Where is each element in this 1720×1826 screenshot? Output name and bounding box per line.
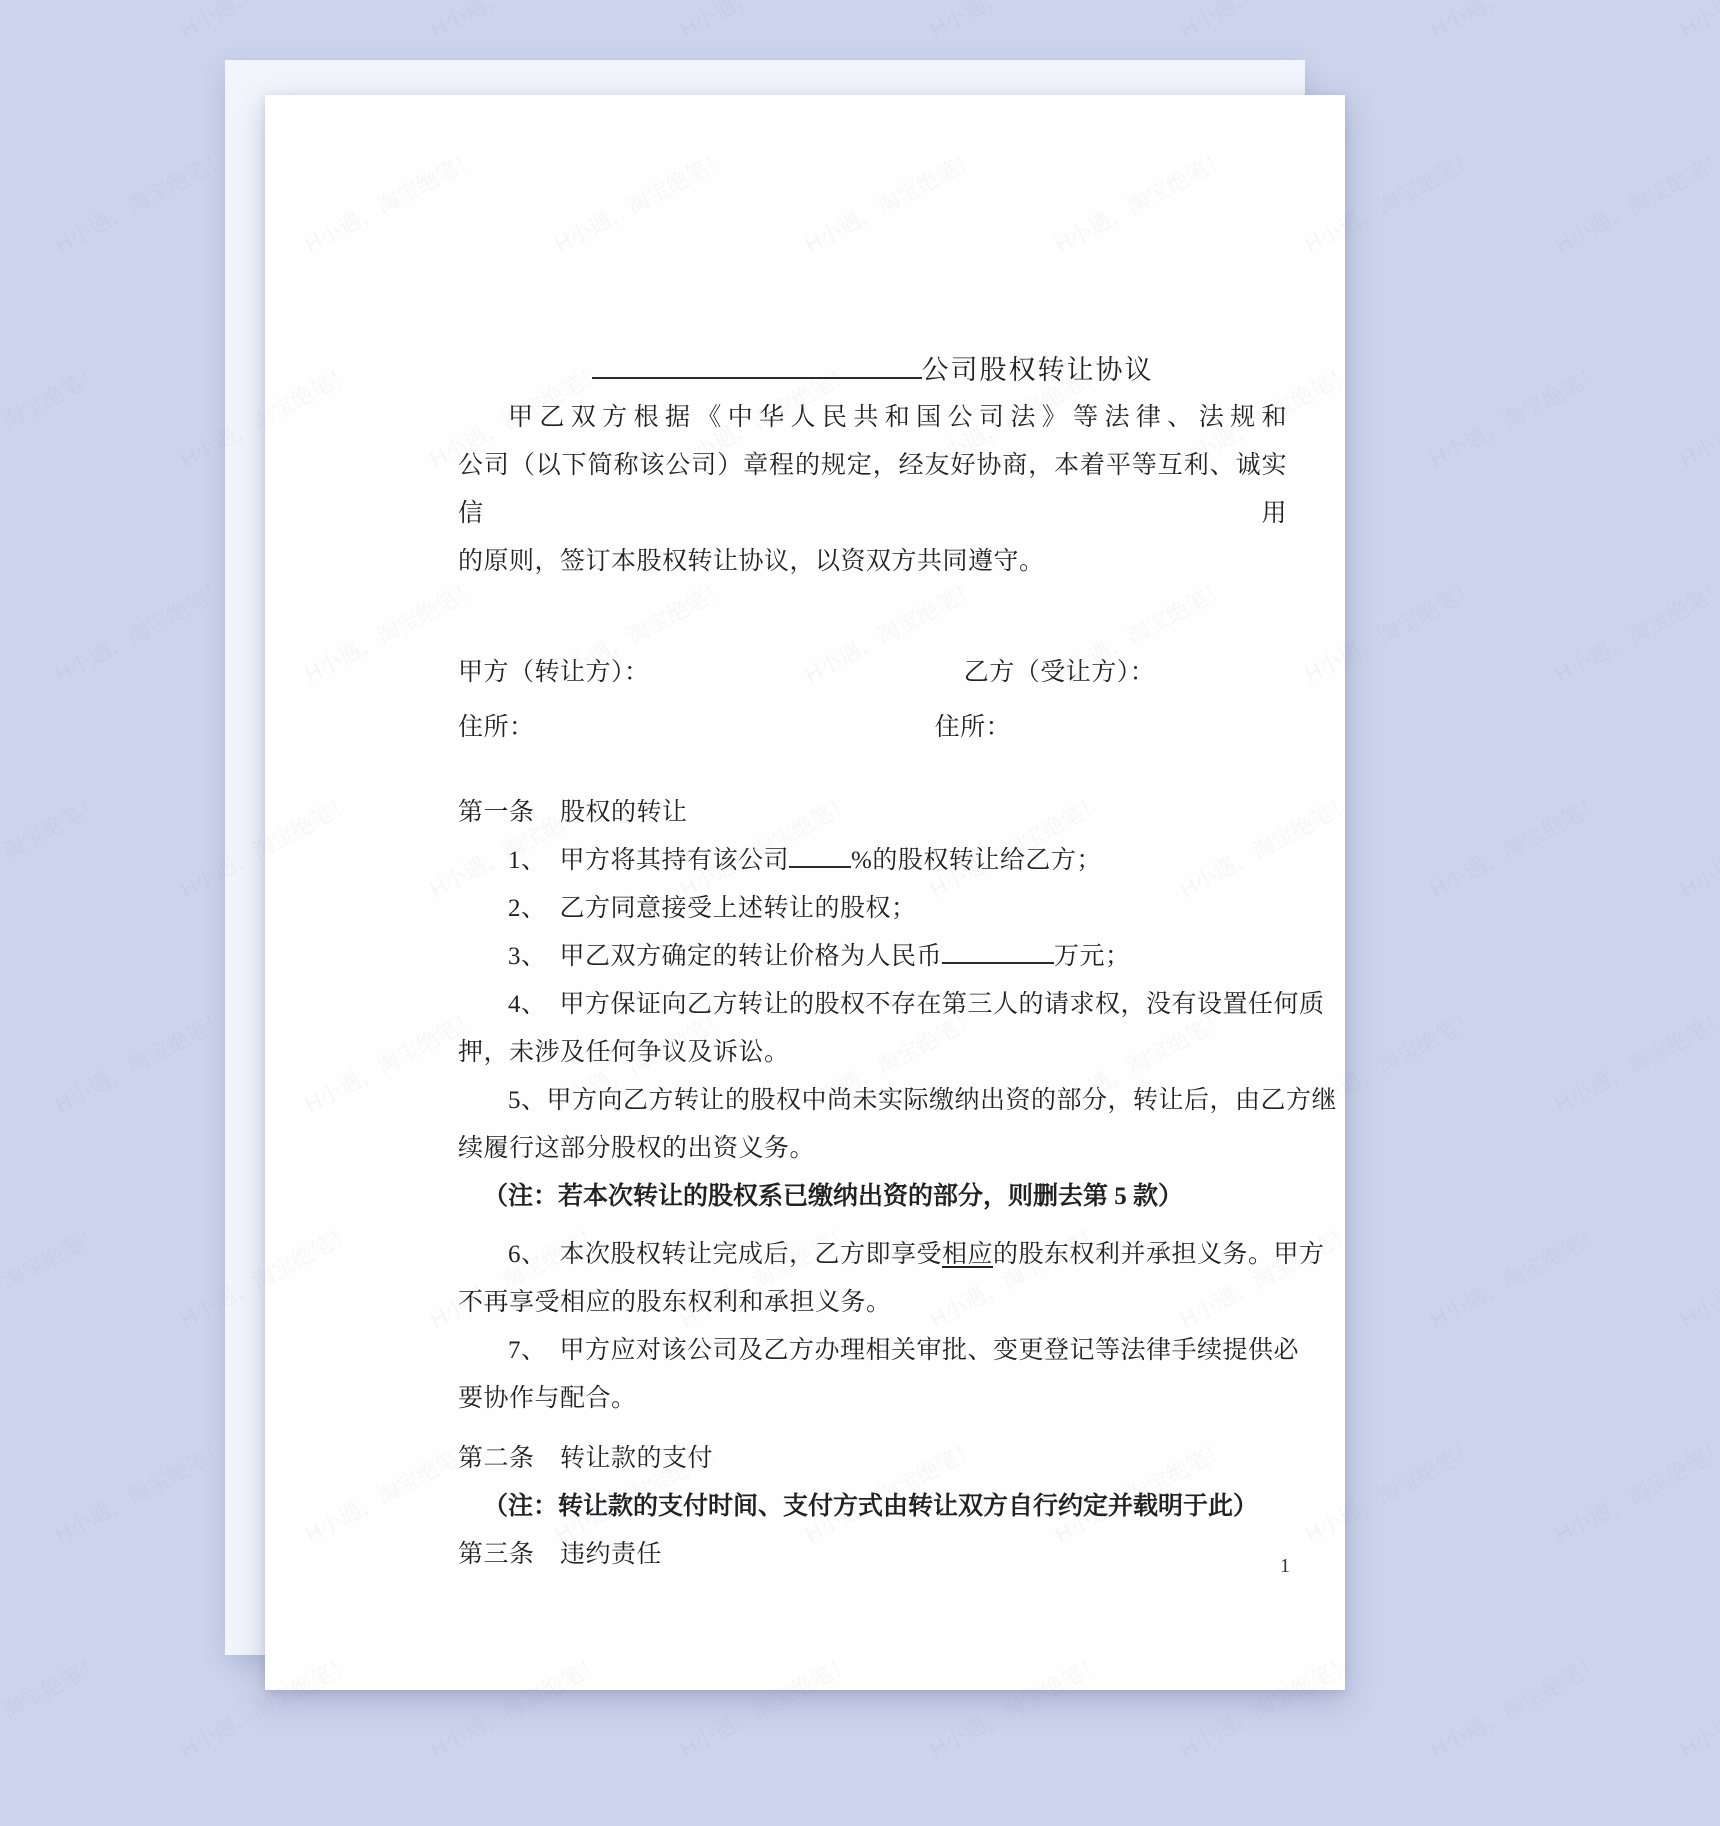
watermark-text: H小遇，淘宝绝笔！ [1549, 1002, 1720, 1119]
parties-row: 甲方（转让方）： 乙方（受让方）： [458, 649, 1287, 697]
section3-heading: 第三条 违约责任 [458, 1531, 1287, 1579]
watermark-text: H小遇，淘宝绝笔！ [1174, 0, 1358, 44]
section1-item6-line2: 不再享受相应的股东权利和承担义务。 [458, 1279, 1287, 1327]
watermark-text: H小遇，淘宝绝笔！ [49, 572, 233, 689]
party-a-label: 甲方（转让方）： [458, 659, 650, 686]
watermark-text: H小遇，淘宝绝笔！ [49, 1002, 233, 1119]
watermark-text: H小遇，淘宝绝笔！ [1549, 142, 1720, 259]
address-row: 住所： 住所： [458, 704, 1287, 752]
watermark-text: H小遇，淘宝绝笔！ [1424, 1647, 1608, 1764]
watermark-text: H小遇，淘宝绝笔！ [1674, 787, 1720, 904]
item6-underlined-word: 相应 [942, 1241, 993, 1268]
watermark-text: H小遇，淘宝绝笔！ [174, 0, 358, 44]
item3-text-pre: 3、 甲乙双方确定的转让价格为人民币 [508, 943, 942, 970]
section1-item4-line1: 4、 甲方保证向乙方转让的股权不存在第三人的请求权，没有设置任何质 [458, 981, 1287, 1029]
watermark-text: H小遇，淘宝绝笔！ [424, 0, 608, 44]
section1-heading: 第一条 股权的转让 [458, 789, 1287, 837]
doc-title-line: 公司股权转让协议 [458, 346, 1287, 394]
watermark-text: H小遇，淘宝绝笔！ [0, 1217, 108, 1334]
address-b-label: 住所： [935, 704, 1012, 752]
item6-text-pre: 6、 本次股权转让完成后，乙方即享受 [508, 1241, 942, 1268]
party-b-label: 乙方（受让方）： [964, 649, 1156, 697]
item6-text-post: 的股东权利并承担义务。甲方 [993, 1241, 1325, 1268]
item1-text-pre: 1、 甲方将其持有该公司 [508, 847, 789, 874]
section1-note: （注：若本次转让的股权系已缴纳出资的部分，则删去第 5 款） [458, 1173, 1287, 1221]
item1-blank-underline [789, 841, 851, 868]
section1-item1: 1、 甲方将其持有该公司%的股权转让给乙方； [458, 837, 1287, 885]
item3-text-post: 万元； [1054, 943, 1131, 970]
section1-item7-line1: 7、 甲方应对该公司及乙方办理相关审批、变更登记等法律手续提供必 [458, 1327, 1287, 1375]
watermark-text: H小遇，淘宝绝笔！ [1674, 0, 1720, 44]
item1-text-post: %的股权转让给乙方； [851, 847, 1102, 874]
section1-item5-line2: 续履行这部分股权的出资义务。 [458, 1125, 1287, 1173]
intro-line-2: 公司（以下简称该公司）章程的规定，经友好协商，本着平等互利、诚实信用 [458, 442, 1287, 538]
section2-note: （注：转让款的支付时间、支付方式由转让双方自行约定并载明于此） [458, 1483, 1287, 1531]
watermark-text: H小遇，淘宝绝笔！ [674, 0, 858, 44]
watermark-text: H小遇，淘宝绝笔！ [49, 142, 233, 259]
watermark-text: H小遇，淘宝绝笔！ [1424, 1217, 1608, 1334]
watermark-text: H小遇，淘宝绝笔！ [1549, 1432, 1720, 1549]
title-blank-underline [592, 350, 922, 379]
item3-blank-underline [942, 937, 1054, 964]
doc-title: 公司股权转让协议 [922, 355, 1154, 385]
intro-line-1: 甲乙双方根据《中华人民共和国公司法》等法律、法规和 [458, 394, 1287, 442]
watermark-text: H小遇，淘宝绝笔！ [1674, 1217, 1720, 1334]
watermark-text: H小遇，淘宝绝笔！ [0, 357, 108, 474]
document-page: 公司股权转让协议 甲乙双方根据《中华人民共和国公司法》等法律、法规和 公司（以下… [265, 95, 1345, 1690]
page-number: 1 [1280, 1554, 1290, 1578]
watermark-text: H小遇，淘宝绝笔！ [1424, 357, 1608, 474]
watermark-text: H小遇，淘宝绝笔！ [1549, 572, 1720, 689]
watermark-text: H小遇，淘宝绝笔！ [924, 0, 1108, 44]
watermark-text: H小遇，淘宝绝笔！ [1424, 787, 1608, 904]
section1-item3: 3、 甲乙双方确定的转让价格为人民币万元； [458, 933, 1287, 981]
intro-line-3: 的原则，签订本股权转让协议，以资双方共同遵守。 [458, 538, 1287, 586]
watermark-text: H小遇，淘宝绝笔！ [1424, 0, 1608, 44]
section2-heading: 第二条 转让款的支付 [458, 1435, 1287, 1483]
section1-item4-line2: 押，未涉及任何争议及诉讼。 [458, 1029, 1287, 1077]
watermark-text: H小遇，淘宝绝笔！ [0, 787, 108, 904]
watermark-text: H小遇，淘宝绝笔！ [1674, 1647, 1720, 1764]
canvas: { "page": { "background_color": "#ccd3ec… [0, 0, 1720, 1826]
document-content: 公司股权转让协议 甲乙双方根据《中华人民共和国公司法》等法律、法规和 公司（以下… [265, 95, 1345, 1690]
watermark-text: H小遇，淘宝绝笔！ [49, 1432, 233, 1549]
section1-item6-line1: 6、 本次股权转让完成后，乙方即享受相应的股东权利并承担义务。甲方 [458, 1231, 1287, 1279]
watermark-text: H小遇，淘宝绝笔！ [0, 1647, 108, 1764]
address-a-label: 住所： [458, 714, 535, 741]
section1-item5-line1: 5、甲方向乙方转让的股权中尚未实际缴纳出资的部分，转让后，由乙方继 [458, 1077, 1287, 1125]
watermark-text: H小遇，淘宝绝笔！ [1674, 357, 1720, 474]
watermark-text: H小遇，淘宝绝笔！ [0, 0, 108, 44]
section1-item7-line2: 要协作与配合。 [458, 1375, 1287, 1423]
section1-item2: 2、 乙方同意接受上述转让的股权； [458, 885, 1287, 933]
